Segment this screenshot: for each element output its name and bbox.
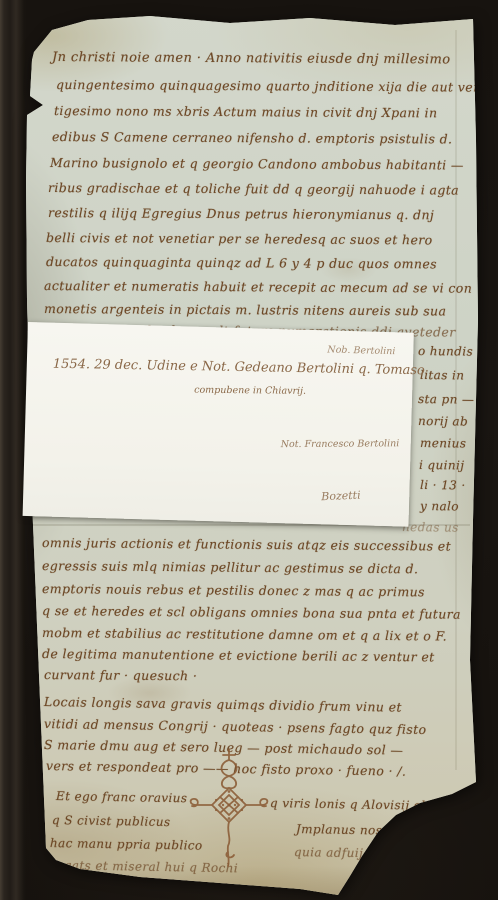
manuscript-line: de legitima manutentione et evictione be… (42, 646, 435, 664)
notary-subscription-line: Et ego franc oravius (56, 789, 188, 805)
manuscript-fragment: norij ab (418, 414, 468, 429)
witness-line: Jmplanus noss · Cosse (296, 822, 439, 838)
manuscript-line: q se et heredes et scl obligans omnies b… (42, 603, 461, 622)
manuscript-line: monetis argenteis in pictais m. lustris … (44, 301, 446, 318)
manuscript-fragment: o hundis (418, 344, 473, 359)
manuscript-fragment: sta pn — (418, 392, 475, 407)
manuscript-fragment: li · 13 · (420, 478, 466, 492)
manuscript-fragment: i quinij (419, 458, 465, 472)
manuscript-line: Jn christi noie amen · Anno nativitis ei… (52, 50, 451, 67)
manuscript-line: quingentesimo quinquagesimo quarto jndit… (56, 77, 482, 95)
manuscript-line: omnis juris actionis et functionis suis … (42, 535, 451, 554)
witness-line: quia adfuij cog (294, 845, 390, 861)
manuscript-line: egressis suis mlq nimias pellitur ac ges… (42, 558, 419, 576)
notary-knot-sign-icon (183, 748, 273, 870)
slip-notary-note: Not. Francesco Bertolini (281, 438, 400, 450)
slip-date-line: 1554. 29 dec. Udine e Not. Gedeano Berto… (53, 357, 425, 378)
manuscript-fragment: nedas us (402, 520, 459, 535)
manuscript-line: restilis q ilijq Egregius Dnus petrus hi… (48, 205, 434, 222)
manuscript-line: vitidi ad mensus Congrij · quoteas · pse… (44, 716, 427, 737)
manuscript-line: belli civis et not venetiar per se hered… (46, 230, 433, 247)
notary-subscription-line: hac manu ppria publico (50, 836, 203, 853)
manuscript-line: Locais longis sava gravis quimqs dividio… (44, 694, 402, 715)
manuscript-line: Marino busignolo et q georgio Candono am… (50, 155, 464, 173)
slip-corner-note: Nob. Bertolini (327, 344, 395, 357)
manuscript-line: curvant fur · quesuch · (44, 667, 197, 683)
witness-line: q viris lonis q Alovisij olim (270, 796, 442, 813)
manuscript-line: ribus gradischae et q toliche fuit dd q … (48, 180, 459, 198)
slip-signature-note: Bozetti (321, 489, 361, 504)
manuscript-fragment: y nalo (420, 499, 459, 513)
manuscript-fragment: menius (420, 436, 466, 450)
slip-sub-line: compubene in Chiavrij. (194, 385, 306, 397)
manuscript-line: mobm et stabilius ac restitutione damne … (42, 625, 447, 644)
manuscript-line: actualiter et numeratis habuit et recepi… (44, 278, 472, 296)
manuscript-line: emptoris nouis rebus et pestilis donec z… (42, 581, 425, 599)
manuscript-fragment: litas in (420, 368, 465, 382)
manuscript-line: edibus S Camene cerraneo nifensho d. emp… (52, 129, 453, 146)
notary-subscription-line: q S civist publicus (52, 813, 171, 829)
manuscript-line: tigesimo nono ms xbris Actum maius in ci… (54, 103, 438, 120)
archivist-slip: Nob. Bertolini 1554. 29 dec. Udine e Not… (23, 322, 414, 527)
manuscript-line: ducatos quinquaginta quinqz ad L 6 y 4 p… (46, 254, 437, 271)
